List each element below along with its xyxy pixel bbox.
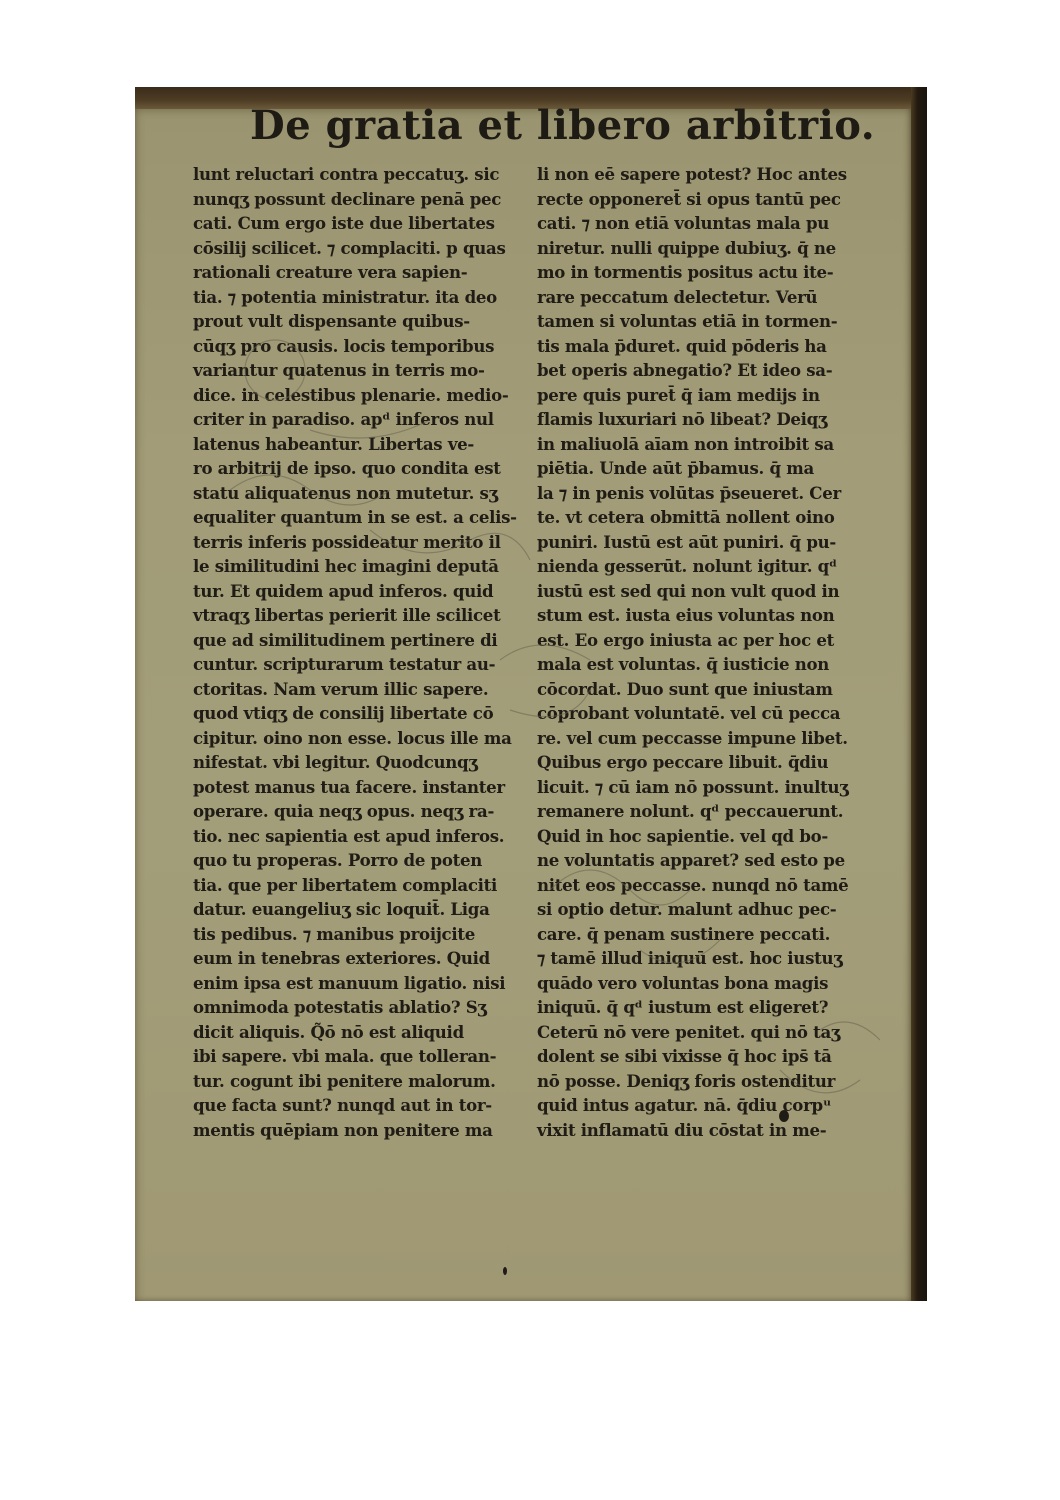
text-line: in maliuolā aīam non introibit sa: [537, 432, 867, 457]
text-line: tia. ⁊ potentia ministratur. ita deo: [193, 285, 523, 310]
text-line: cōprobant voluntatē. vel cū pecca: [537, 701, 867, 726]
signature-mark: [779, 1110, 789, 1122]
text-line: tamen si voluntas etiā in tormen-: [537, 309, 867, 334]
text-column-left: lunt reluctari contra peccatuʒ. sicnunqʒ…: [193, 162, 523, 1142]
text-line: quid intus agatur. nā. q̄diu corpᵘ: [537, 1093, 867, 1118]
text-line: care. q̄ penam sustinere peccati.: [537, 922, 867, 947]
text-line: le similitudini hec imagini deputā: [193, 554, 523, 579]
text-line: tur. Et quidem apud inferos. quid: [193, 579, 523, 604]
text-line: mo in tormentis positus actu ite-: [537, 260, 867, 285]
running-title: De gratia et libero arbitrio.: [250, 100, 810, 152]
text-line: iustū est sed qui non vult quod in: [537, 579, 867, 604]
text-line: eum in tenebras exteriores. Quid: [193, 946, 523, 971]
text-line: variantur quatenus in terris mo-: [193, 358, 523, 383]
text-line: vixit inflamatū diu cōstat in me-: [537, 1118, 867, 1143]
text-line: cūqʒ pro causis. locis temporibus: [193, 334, 523, 359]
text-line: que facta sunt? nunqd aut in tor-: [193, 1093, 523, 1118]
text-line: equaliter quantum in se est. a celis-: [193, 505, 523, 530]
text-line: ctoritas. Nam verum illic sapere.: [193, 677, 523, 702]
page-mark: [503, 1267, 507, 1275]
text-line: enim ipsa est manuum ligatio. nisi: [193, 971, 523, 996]
text-line: re. vel cum peccasse impune libet.: [537, 726, 867, 751]
text-line: pere quis puret̄ q̄ iam medijs in: [537, 383, 867, 408]
text-line: iniquū. q̄ qᵈ iustum est eligeret?: [537, 995, 867, 1020]
text-line: cōsilij scilicet. ⁊ complaciti. p quas: [193, 236, 523, 261]
text-line: cati. Cum ergo iste due libertates: [193, 211, 523, 236]
text-line: nitet eos peccasse. nunqd nō tamē: [537, 873, 867, 898]
text-line: mala est voluntas. q̄ iusticie non: [537, 652, 867, 677]
text-line: quo tu properas. Porro de poten: [193, 848, 523, 873]
text-line: ⁊ tamē illud iniquū est. hoc iustuʒ: [537, 946, 867, 971]
text-line: Quibus ergo peccare libuit. q̄diu: [537, 750, 867, 775]
text-line: ro arbitrij de ipso. quo condita est: [193, 456, 523, 481]
text-line: quod vtiqʒ de consilij libertate cō: [193, 701, 523, 726]
text-line: cōcordat. Duo sunt que iniustam: [537, 677, 867, 702]
text-column-right: li non eē sapere potest? Hoc antesrecte …: [537, 162, 867, 1142]
text-line: potest manus tua facere. instanter: [193, 775, 523, 800]
text-line: cuntur. scripturarum testatur au-: [193, 652, 523, 677]
text-line: remanere nolunt. qᵈ peccauerunt.: [537, 799, 867, 824]
text-line: dice. in celestibus plenarie. medio-: [193, 383, 523, 408]
text-line: dicit aliquis. Q̃ō nō est aliquid: [193, 1020, 523, 1045]
text-line: quādo vero voluntas bona magis: [537, 971, 867, 996]
text-line: terris inferis possideatur merito il: [193, 530, 523, 555]
text-line: tis pedibus. ⁊ manibus proijcite: [193, 922, 523, 947]
text-line: rare peccatum delectetur. Verū: [537, 285, 867, 310]
text-line: cipitur. oino non esse. locus ille ma: [193, 726, 523, 751]
text-line: prout vult dispensante quibus-: [193, 309, 523, 334]
text-line: vtraqʒ libertas perierit ille scilicet: [193, 603, 523, 628]
text-line: ibi sapere. vbi mala. que tolleran-: [193, 1044, 523, 1069]
text-line: bet operis abnegatio? Et ideo sa-: [537, 358, 867, 383]
text-line: latenus habeantur. Libertas ve-: [193, 432, 523, 457]
text-line: stum est. iusta eius voluntas non: [537, 603, 867, 628]
text-line: lunt reluctari contra peccatuʒ. sic: [193, 162, 523, 187]
text-line: tis mala p̄duret. quid pōderis ha: [537, 334, 867, 359]
text-line: Quid in hoc sapientie. vel qd bo-: [537, 824, 867, 849]
text-line: nifestat. vbi legitur. Quodcunqʒ: [193, 750, 523, 775]
text-line: tur. cogunt ibi penitere malorum.: [193, 1069, 523, 1094]
text-line: tia. que per libertatem complaciti: [193, 873, 523, 898]
text-line: datur. euangeliuʒ sic loquit̄. Liga: [193, 897, 523, 922]
text-line: niretur. nulli quippe dubiuʒ. q̄ ne: [537, 236, 867, 261]
text-line: la ⁊ in penis volūtas p̄seueret. Cer: [537, 481, 867, 506]
text-line: operare. quia neqʒ opus. neqʒ ra-: [193, 799, 523, 824]
text-line: nō posse. Deniqʒ foris ostenditur: [537, 1069, 867, 1094]
text-line: criter in paradiso. apᵈ inferos nul: [193, 407, 523, 432]
text-line: que ad similitudinem pertinere di: [193, 628, 523, 653]
text-line: li non eē sapere potest? Hoc antes: [537, 162, 867, 187]
text-line: nunqʒ possunt declinare penā pec: [193, 187, 523, 212]
text-line: ne voluntatis apparet? sed esto pe: [537, 848, 867, 873]
text-line: piētia. Unde aūt p̄bamus. q̄ ma: [537, 456, 867, 481]
text-line: licuit. ⁊ cū iam nō possunt. inultuʒ: [537, 775, 867, 800]
text-line: rationali creature vera sapien-: [193, 260, 523, 285]
text-line: cati. ⁊ non etiā voluntas mala pu: [537, 211, 867, 236]
text-line: si optio detur. malunt adhuc pec-: [537, 897, 867, 922]
text-line: Ceterū nō vere penitet. qui nō taʒ: [537, 1020, 867, 1045]
text-line: dolent se sibi vixisse q̄ hoc ips̄ tā: [537, 1044, 867, 1069]
text-line: tio. nec sapientia est apud inferos.: [193, 824, 523, 849]
scan-right-edge: [911, 87, 927, 1301]
text-line: te. vt cetera obmittā nollent oino: [537, 505, 867, 530]
text-line: statu aliquatenus non mutetur. sʒ: [193, 481, 523, 506]
text-line: puniri. Iustū est aūt puniri. q̄ pu-: [537, 530, 867, 555]
text-line: nienda gesserūt. nolunt igitur. qᵈ: [537, 554, 867, 579]
text-line: mentis quēpiam non penitere ma: [193, 1118, 523, 1143]
text-line: recte opponeret̄ si opus tantū pec: [537, 187, 867, 212]
text-line: flamis luxuriari nō libeat? Deiqʒ: [537, 407, 867, 432]
text-line: est. Eo ergo iniusta ac per hoc et: [537, 628, 867, 653]
text-line: omnimoda potestatis ablatio? Sʒ: [193, 995, 523, 1020]
